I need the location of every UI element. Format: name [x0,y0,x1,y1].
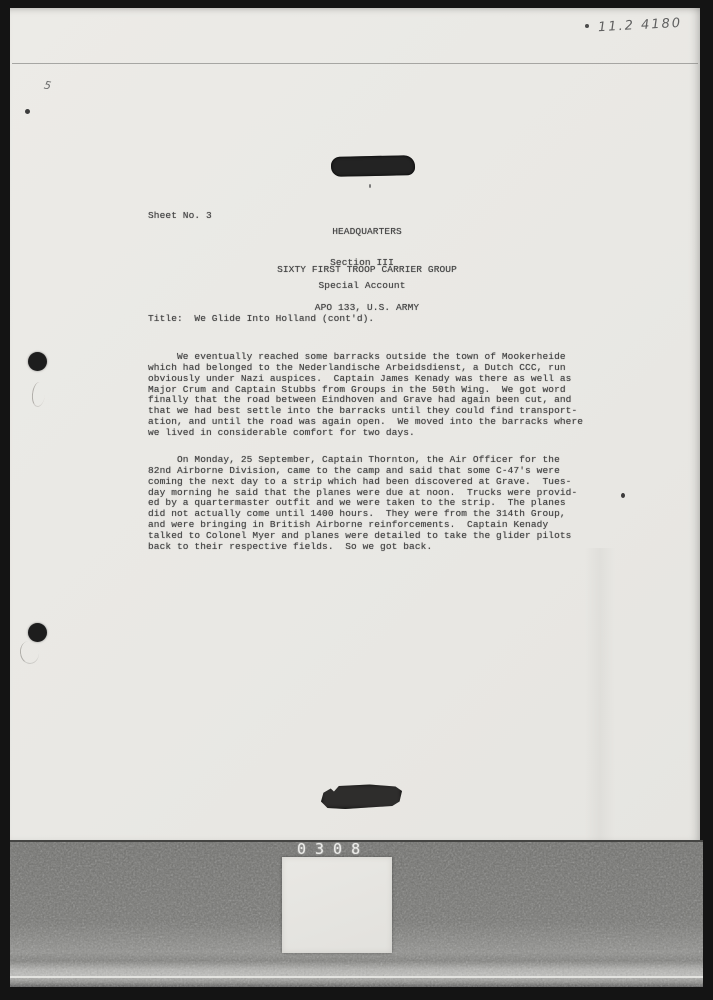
letterhead-headquarters: HEADQUARTERS [239,226,495,239]
document-title-line: Title: We Glide Into Holland (cont'd). [148,314,374,325]
redaction-mark-top [331,155,415,177]
ink-speck [369,184,371,188]
ink-speck [621,493,625,498]
section-subheading: Special Account [234,281,490,292]
paper-streak [585,548,615,848]
pencil-dot [585,24,589,28]
sheet-number-label: Sheet No. 3 [148,211,212,222]
punch-hole [28,352,47,371]
white-label-card [282,857,392,953]
ink-speck [25,109,30,114]
platen-edge-line [10,976,703,978]
scanned-document-page: 11.2 4180 5 Sheet No. 3 HEADQUARTERS SIX… [0,0,713,1000]
scan-artifact-line [12,63,698,64]
section-heading: Section III [234,258,490,269]
page-number-stamp: 0308 [297,840,369,858]
body-paragraph-2: On Monday, 25 September, Captain Thornto… [148,455,577,553]
body-paragraph-1: We eventually reached some barracks outs… [148,352,583,439]
punch-hole [28,623,47,642]
